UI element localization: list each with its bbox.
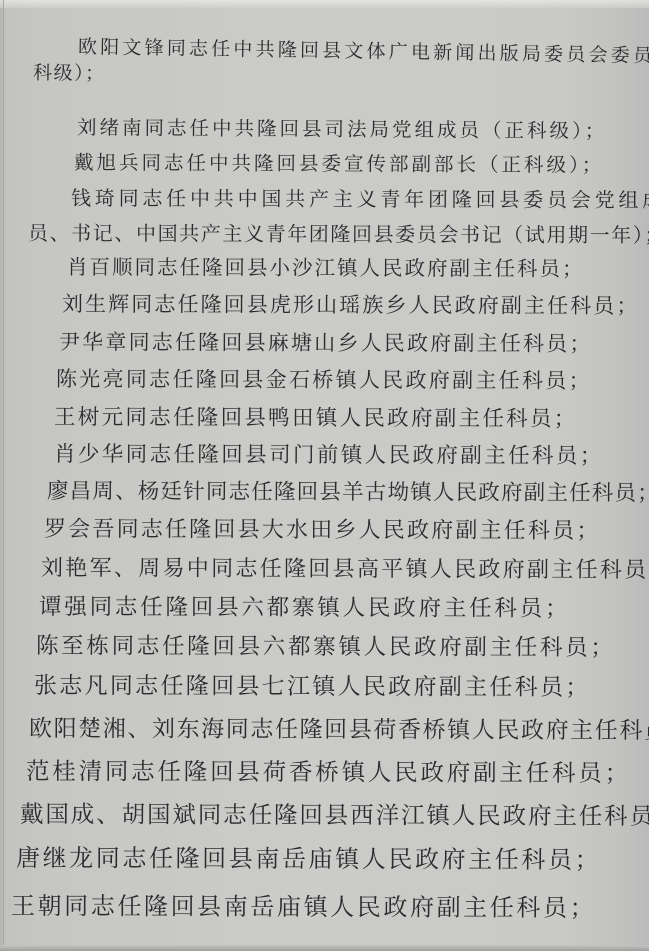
appointment-line-16: 张志凡同志任隆回县七江镇人民政府副主任科员； <box>34 675 591 700</box>
appointment-line-13: 刘艳军、周易中同志任隆回县高平镇人民政府副主任科员； <box>41 558 649 582</box>
appointment-line-19: 戴国成、胡国斌同志任隆回县西洋江镇人民政府主任科员； <box>20 803 649 829</box>
appointment-line-1-cont: 科级）； <box>33 64 106 84</box>
appointment-line-20: 唐继龙同志任隆回县南岳庙镇人民政府主任科员； <box>16 846 601 872</box>
appointment-line-5: 肖百顺同志任隆回县小沙江镇人民政府副主任科员； <box>67 257 585 279</box>
appointment-line-4-cont: 员、书记、中国共产主义青年团隆回县委员会书记（试用期一年）； <box>28 223 649 245</box>
appointment-line-14: 谭强同志任隆回县六都寨镇人民政府主任科员； <box>39 596 570 620</box>
appointment-line-4: 钱琦同志任中共中国共产主义青年团隆回县委员会党组成 <box>71 188 649 210</box>
appointment-line-10: 肖少华同志任隆回县司门前镇人民政府副主任科员； <box>54 444 604 467</box>
appointment-line-3: 戴旭兵同志任中共隆回县委宣传部副部长（正科级）； <box>74 153 604 175</box>
appointment-line-15: 陈至栋同志任隆回县六都寨镇人民政府副主任科员； <box>36 635 616 660</box>
appointment-line-6: 刘生辉同志任隆回县虎形山瑶族乡人民政府副主任科员； <box>62 294 640 317</box>
document-page: 欧阳文锋同志任中共隆回县文体广电新闻出版局委员会委员（正 科级）； 刘绪南同志任… <box>0 0 649 951</box>
appointment-line-1: 欧阳文锋同志任中共隆回县文体广电新闻出版局委员会委员（正 <box>78 38 649 67</box>
appointment-line-12: 罗会吾同志任隆回县大水田乡人民政府副主任科员； <box>44 519 601 543</box>
appointment-line-21: 王朝同志任隆回县南岳庙镇人民政府副主任科员； <box>11 894 596 920</box>
appointment-line-7: 尹华章同志任隆回县麻塘山乡人民政府副主任科员； <box>59 332 593 355</box>
appointment-line-8: 陈光亮同志任隆回县金石桥镇人民政府副主任科员； <box>56 369 592 392</box>
appointment-line-17: 欧阳楚湘、刘东海同志任隆回县荷香桥镇人民政府主任科员； <box>29 718 649 743</box>
appointment-line-9: 王树元同志任隆回县鸭田镇人民政府副主任科员； <box>54 407 578 430</box>
paper-edge <box>3 0 4 951</box>
appointment-line-18: 范桂清同志任隆回县荷香桥镇人民政府副主任科员； <box>26 760 631 786</box>
appointment-line-2: 刘绪南同志任中共隆回县司法局党组成员（正科级）； <box>77 118 607 141</box>
appointment-line-11: 廖昌周、杨廷针同志任隆回县羊古坳镇人民政府副主任科员； <box>47 481 649 505</box>
